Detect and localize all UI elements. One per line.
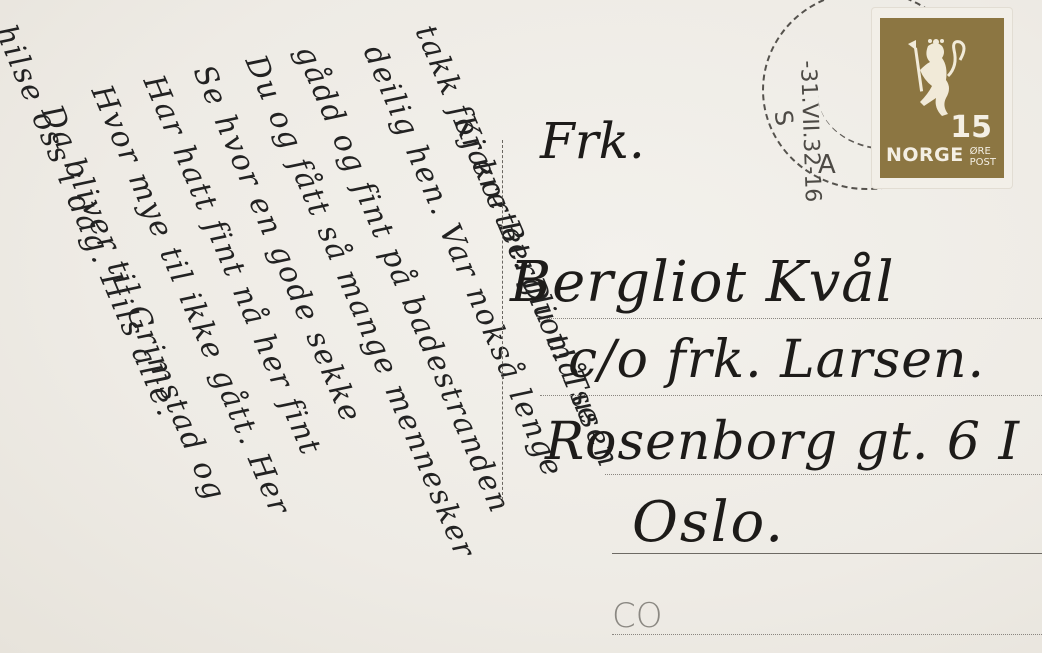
center-divider [502, 140, 503, 505]
postmark-letter-a: A [818, 150, 836, 180]
address-line-3 [605, 474, 1042, 475]
address-city: Oslo. [632, 490, 785, 555]
address-street: Rosenborg gt. 6 I [545, 412, 1020, 472]
postmark-date: -31.VII.32-16 [795, 60, 825, 203]
stamp-unit-post: POST [970, 157, 996, 168]
message-area: Kjære Bergliot! Tusen takk for kortet. D… [8, 0, 508, 653]
address-line-1 [545, 318, 1042, 319]
address-line-2 [540, 395, 1042, 396]
stamp-face: 15 NORGE ØRE POST [880, 18, 1004, 178]
stamp-country: NORGE [886, 144, 964, 166]
pencil-note: CO [612, 596, 663, 636]
address-title: Frk. [540, 112, 645, 170]
postage-stamp: 15 NORGE ØRE POST [872, 8, 1012, 188]
address-line-5 [612, 634, 1042, 635]
address-name: Bergliot Kvål [510, 250, 895, 315]
stamp-unit-ore: ØRE [970, 146, 996, 157]
stamp-unit: ØRE POST [970, 146, 996, 168]
postcard-back: Kjære Bergliot! Tusen takk for kortet. D… [0, 0, 1042, 653]
stamp-value: 15 [950, 110, 992, 145]
address-care-of: c/o frk. Larsen. [568, 330, 985, 390]
